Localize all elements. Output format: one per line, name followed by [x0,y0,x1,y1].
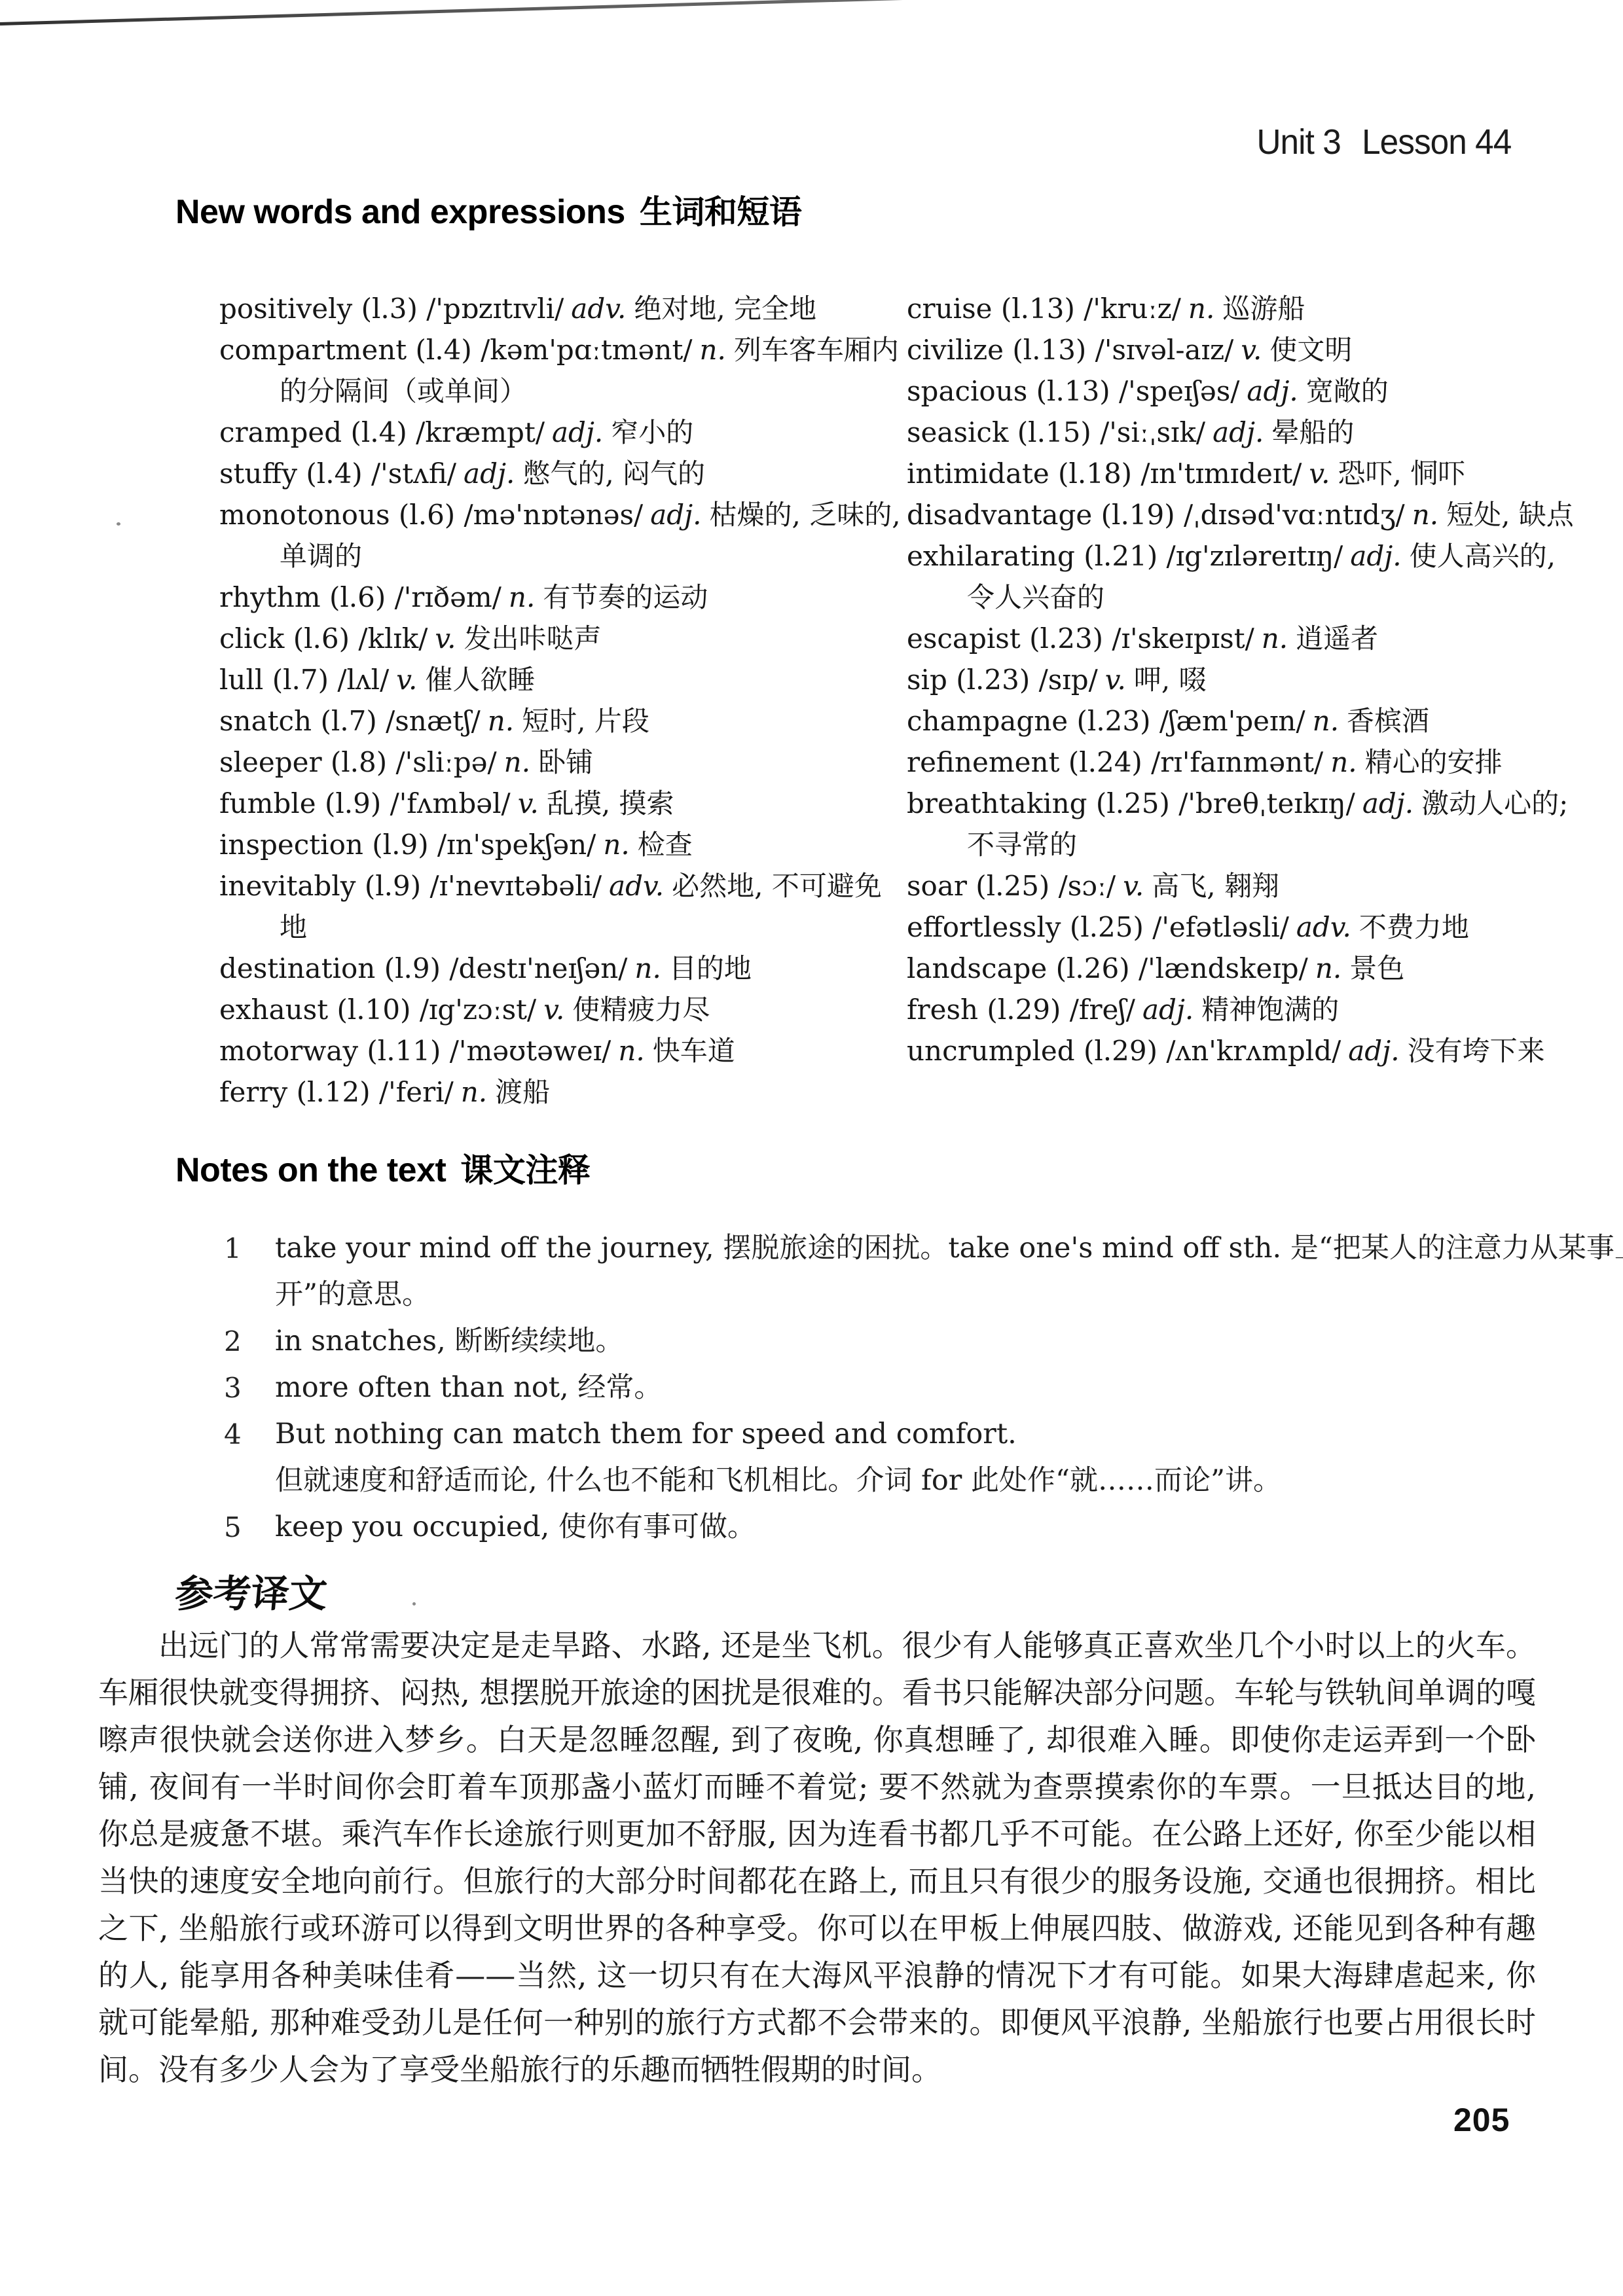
vocab-entry: civilize (l.13) /'sɪvəl-aɪz/v.使文明 [907,329,1574,370]
vocab-chinese: 景色 [1349,952,1404,984]
vocab-pos: n. [461,1076,487,1108]
vocab-chinese: 短处, 缺点 [1446,499,1574,531]
note-line: more often than not, 经常。 [275,1365,1527,1411]
vocab-chinese: 使精疲力尽 [572,994,710,1026]
vocab-chinese: 枯燥的, 乏味的, [710,499,901,531]
vocab-chinese: 高飞, 翱翔 [1152,870,1279,902]
notes-title-cn: 课文注释 [460,1152,590,1189]
note-text: in snatches, 断断续续地。 [275,1318,1527,1365]
unit-label: Unit 3 [1256,122,1340,162]
note-number: 4 [224,1411,275,1458]
vocab-entry: cramped (l.4) /kræmpt/adj.窄小的 [219,412,901,453]
vocab-entry: 令人兴奋的 [907,577,1574,618]
vocab-entry: inevitably (l.9) /ɪ'nevɪtəbəli/adv.必然地, … [219,865,901,906]
vocab-entry: effortlessly (l.25) /'efətləsli/adv.不费力地 [907,906,1574,948]
vocab-entry: lull (l.7) /lʌl/v.催人欲睡 [219,659,901,700]
vocab-title-cn: 生词和短语 [640,194,802,230]
vocab-word-phonetic: breathtaking (l.25) /'breθˌteɪkɪŋ/ [907,787,1355,819]
vocab-chinese: 精心的安排 [1365,746,1503,778]
vocab-word-phonetic: sip (l.23) /sɪp/ [907,664,1098,696]
scan-speck [412,1602,416,1605]
vocab-entry: sip (l.23) /sɪp/v.呷, 啜 [907,659,1574,700]
vocab-chinese: 的分隔间（或单间） [280,375,527,407]
vocab-word-phonetic: rhythm (l.6) /'rɪðəm/ [219,581,501,613]
vocab-word-phonetic: exhaust (l.10) /ɪg'zɔːst/ [219,994,536,1026]
vocab-entry: positively (l.3) /'pɒzɪtɪvli/adv.绝对地, 完全… [219,288,901,329]
vocab-chinese: 使文明 [1269,334,1352,366]
vocab-entry: destination (l.9) /destɪ'neɪʃən/n.目的地 [219,948,901,989]
vocab-entry: ferry (l.12) /'feri/n.渡船 [219,1071,901,1113]
vocab-pos: v. [1105,664,1126,696]
vocab-entry: champagne (l.23) /ʃæm'peɪn/n.香槟酒 [907,700,1574,742]
vocab-pos: adj. [650,499,701,531]
vocab-word-phonetic: spacious (l.13) /'speɪʃəs/ [907,375,1239,407]
vocab-title-en: New words and expressions [175,193,625,231]
vocab-entry: sleeper (l.8) /'sliːpə/n.卧铺 [219,742,901,783]
vocab-word-phonetic: inevitably (l.9) /ɪ'nevɪtəbəli/ [219,870,602,902]
vocab-chinese: 快车道 [653,1035,735,1067]
vocab-entry: compartment (l.4) /kəm'pɑːtmənt/n.列车客车厢内 [219,329,901,370]
vocab-pos: n. [634,952,661,984]
vocab-pos: v. [396,664,417,696]
vocab-entry: exhilarating (l.21) /ɪg'zɪləreɪtɪŋ/adj.使… [907,535,1574,577]
vocab-word-phonetic: champagne (l.23) /ʃæm'peɪn/ [907,705,1305,737]
vocab-entry: refinement (l.24) /rɪ'faɪnmənt/n.精心的安排 [907,742,1574,783]
vocab-pos: n. [1330,746,1357,778]
vocab-chinese: 单调的 [280,540,362,572]
vocab-pos: adv. [1296,911,1351,943]
page-number: 205 [1453,2101,1510,2139]
scan-border-line [0,0,1623,26]
vocab-word-phonetic: escapist (l.23) /ɪ'skeɪpɪst/ [907,622,1254,655]
vocab-pos: n. [488,705,514,737]
vocab-pos: n. [603,829,629,861]
vocab-word-phonetic: effortlessly (l.25) /'efətləsli/ [907,911,1289,943]
vocab-chinese: 精神饱满的 [1201,994,1339,1026]
note-item: 5 keep you occupied, 使你有事可做。 [224,1504,1527,1551]
vocab-word-phonetic: click (l.6) /klɪk/ [219,622,428,655]
vocab-pos: adj. [552,416,603,448]
vocab-entry: motorway (l.11) /'məʊtəweɪ/n.快车道 [219,1030,901,1071]
vocab-chinese: 宽敞的 [1306,375,1389,407]
note-line: take your mind off the journey, 摆脱旅途的困扰。… [275,1225,1623,1272]
vocab-entry: landscape (l.26) /'lændskeɪp/n.景色 [907,948,1574,989]
vocab-word-phonetic: seasick (l.15) /'siːˌsɪk/ [907,416,1205,448]
vocab-entry: monotonous (l.6) /mə'nɒtənəs/adj.枯燥的, 乏味… [219,494,901,535]
vocab-chinese: 乱摸, 摸索 [547,787,674,819]
vocab-chinese: 恐吓, 恫吓 [1338,457,1465,490]
note-line: in snatches, 断断续续地。 [275,1318,1527,1365]
vocab-chinese: 有节奏的运动 [543,581,708,613]
note-item: 3 more often than not, 经常。 [224,1365,1527,1411]
vocab-entry: 地 [219,906,901,948]
vocab-entry: fumble (l.9) /'fʌmbəl/v.乱摸, 摸索 [219,783,901,824]
vocab-word-phonetic: refinement (l.24) /rɪ'faɪnmənt/ [907,746,1323,778]
vocab-entry: breathtaking (l.25) /'breθˌteɪkɪŋ/adj.激动… [907,783,1574,824]
vocab-chinese: 目的地 [669,952,752,984]
vocab-pos: n. [1315,952,1341,984]
vocab-word-phonetic: ferry (l.12) /'feri/ [219,1076,454,1108]
vocab-entry: exhaust (l.10) /ɪg'zɔːst/v.使精疲力尽 [219,989,901,1030]
vocab-pos: n. [1188,293,1214,325]
vocab-entry: 不寻常的 [907,824,1574,865]
notes-list: 1 take your mind off the journey, 摆脱旅途的困… [224,1225,1527,1551]
vocab-word-phonetic: fresh (l.29) /freʃ/ [907,994,1135,1026]
vocab-pos: n. [1412,499,1438,531]
vocab-word-phonetic: positively (l.3) /'pɒzɪtɪvli/ [219,293,564,325]
vocab-entry: disadvantage (l.19) /ˌdɪsəd'vɑːntɪdʒ/n.短… [907,494,1574,535]
vocab-chinese: 令人兴奋的 [967,581,1104,613]
note-line: keep you occupied, 使你有事可做。 [275,1504,1527,1551]
vocab-chinese: 卧铺 [538,746,593,778]
vocab-word-phonetic: landscape (l.26) /'lændskeɪp/ [907,952,1308,984]
vocab-pos: v. [435,622,456,655]
vocab-pos: adj. [1348,1035,1399,1067]
vocab-word-phonetic: exhilarating (l.21) /ɪg'zɪləreɪtɪŋ/ [907,540,1343,572]
vocab-entry: cruise (l.13) /'kruːz/n.巡游船 [907,288,1574,329]
note-line: 开”的意思。 [275,1272,1623,1318]
vocab-chinese: 使人高兴的, [1410,540,1556,572]
vocab-chinese: 催人欲睡 [425,664,535,696]
vocab-chinese: 必然地, 不可避免 [672,870,882,902]
vocab-chinese: 列车客车厢内 [734,334,899,366]
vocab-chinese: 香槟酒 [1347,705,1429,737]
translation-paragraph: 出远门的人常常需要决定是走旱路、水路, 还是坐飞机。很少有人能够真正喜欢坐几个小… [98,1622,1536,2093]
note-number: 3 [224,1365,275,1411]
vocab-entry: click (l.6) /klɪk/v.发出咔哒声 [219,618,901,659]
vocab-word-phonetic: sleeper (l.8) /'sliːpə/ [219,746,497,778]
vocab-chinese: 激动人心的; [1421,787,1568,819]
vocab-column-left: positively (l.3) /'pɒzɪtɪvli/adv.绝对地, 完全… [219,288,901,1113]
vocab-section-title: New words and expressions生词和短语 [175,186,801,233]
vocab-chinese: 地 [280,911,307,943]
vocab-word-phonetic: cruise (l.13) /'kruːz/ [907,293,1181,325]
note-line: 但就速度和舒适而论, 什么也不能和飞机相比。介词 for 此处作“就……而论”讲… [275,1458,1527,1504]
note-number: 1 [224,1225,275,1272]
vocab-word-phonetic: monotonous (l.6) /mə'nɒtənəs/ [219,499,643,531]
vocab-chinese: 晕船的 [1271,416,1354,448]
vocab-column-right: cruise (l.13) /'kruːz/n.巡游船 civilize (l.… [907,288,1574,1071]
vocab-pos: n. [618,1035,644,1067]
vocab-word-phonetic: destination (l.9) /destɪ'neɪʃən/ [219,952,627,984]
note-text: keep you occupied, 使你有事可做。 [275,1504,1527,1551]
vocab-pos: n. [509,581,535,613]
vocab-word-phonetic: cramped (l.4) /kræmpt/ [219,416,545,448]
note-item: 1 take your mind off the journey, 摆脱旅途的困… [224,1225,1527,1318]
vocab-chinese: 巡游船 [1222,293,1305,325]
vocab-pos: adj. [1142,994,1194,1026]
vocab-pos: adv. [609,870,664,902]
vocab-entry: spacious (l.13) /'speɪʃəs/adj.宽敞的 [907,370,1574,412]
vocab-word-phonetic: inspection (l.9) /ɪn'spekʃən/ [219,829,596,861]
vocab-pos: adj. [1213,416,1264,448]
note-item: 2 in snatches, 断断续续地。 [224,1318,1527,1365]
vocab-pos: n. [1262,622,1288,655]
vocab-word-phonetic: civilize (l.13) /'sɪvəl-aɪz/ [907,334,1233,366]
vocab-entry: escapist (l.23) /ɪ'skeɪpɪst/n.逍遥者 [907,618,1574,659]
vocab-chinese: 窄小的 [611,416,693,448]
note-number: 5 [224,1504,275,1551]
textbook-page: Unit 3Lesson 44 New words and expression… [0,0,1623,2296]
scan-speck [117,522,120,526]
note-text: more often than not, 经常。 [275,1365,1527,1411]
vocab-word-phonetic: stuffy (l.4) /'stʌfi/ [219,457,456,490]
vocab-word-phonetic: intimidate (l.18) /ɪn'tɪmɪdeɪt/ [907,457,1302,490]
vocab-word-phonetic: lull (l.7) /lʌl/ [219,664,389,696]
vocab-chinese: 呷, 啜 [1134,664,1207,696]
vocab-pos: adv. [571,293,626,325]
vocab-chinese: 检查 [638,829,693,861]
vocab-pos: adj. [1350,540,1401,572]
vocab-entry: snatch (l.7) /snætʃ/n.短时, 片段 [219,700,901,742]
vocab-entry: rhythm (l.6) /'rɪðəm/n.有节奏的运动 [219,577,901,618]
vocab-chinese: 不费力地 [1359,911,1469,943]
vocab-chinese: 短时, 片段 [522,705,649,737]
vocab-entry: 单调的 [219,535,901,577]
note-number: 2 [224,1318,275,1365]
vocab-word-phonetic: fumble (l.9) /'fʌmbəl/ [219,787,511,819]
vocab-chinese: 没有垮下来 [1408,1035,1545,1067]
vocab-chinese: 绝对地, 完全地 [634,293,816,325]
vocab-chinese: 憋气的, 闷气的 [522,457,705,490]
note-text: take your mind off the journey, 摆脱旅途的困扰。… [275,1225,1623,1318]
vocab-pos: v. [518,787,539,819]
vocab-entry: stuffy (l.4) /'stʌfi/adj.憋气的, 闷气的 [219,453,901,494]
vocab-pos: adj. [1362,787,1413,819]
vocab-entry: inspection (l.9) /ɪn'spekʃən/n.检查 [219,824,901,865]
vocab-entry: intimidate (l.18) /ɪn'tɪmɪdeɪt/v.恐吓, 恫吓 [907,453,1574,494]
vocab-pos: v. [1309,457,1330,490]
vocab-pos: n. [1313,705,1339,737]
vocab-chinese: 不寻常的 [967,829,1077,861]
vocab-entry: soar (l.25) /sɔː/v.高飞, 翱翔 [907,865,1574,906]
vocab-chinese: 发出咔哒声 [464,622,602,655]
vocab-chinese: 渡船 [495,1076,550,1108]
vocab-pos: v. [543,994,564,1026]
note-item: 4 But nothing can match them for speed a… [224,1411,1527,1504]
vocab-entry: fresh (l.29) /freʃ/adj.精神饱满的 [907,989,1574,1030]
vocab-pos: v. [1241,334,1262,366]
note-line: But nothing can match them for speed and… [275,1411,1527,1458]
vocab-word-phonetic: motorway (l.11) /'məʊtəweɪ/ [219,1035,611,1067]
vocab-entry: 的分隔间（或单间） [219,370,901,412]
vocab-entry: uncrumpled (l.29) /ʌn'krʌmpld/adj.没有垮下来 [907,1030,1574,1071]
vocab-pos: n. [700,334,726,366]
vocab-entry: seasick (l.15) /'siːˌsɪk/adj.晕船的 [907,412,1574,453]
unit-lesson-header: Unit 3Lesson 44 [1256,122,1511,162]
notes-section-title: Notes on the text课文注释 [175,1144,590,1191]
vocab-chinese: 逍遥者 [1296,622,1378,655]
notes-title-en: Notes on the text [175,1151,446,1189]
lesson-label: Lesson 44 [1362,122,1511,162]
vocab-word-phonetic: soar (l.25) /sɔː/ [907,870,1116,902]
vocab-pos: v. [1123,870,1144,902]
translation-section-title: 参考译文 [173,1563,329,1618]
vocab-word-phonetic: compartment (l.4) /kəm'pɑːtmənt/ [219,334,693,366]
vocab-pos: adj. [1247,375,1298,407]
vocab-pos: adj. [464,457,515,490]
vocab-word-phonetic: disadvantage (l.19) /ˌdɪsəd'vɑːntɪdʒ/ [907,499,1405,531]
vocab-pos: n. [504,746,530,778]
vocab-word-phonetic: snatch (l.7) /snætʃ/ [219,705,481,737]
note-text: But nothing can match them for speed and… [275,1411,1527,1504]
vocab-word-phonetic: uncrumpled (l.29) /ʌn'krʌmpld/ [907,1035,1341,1067]
